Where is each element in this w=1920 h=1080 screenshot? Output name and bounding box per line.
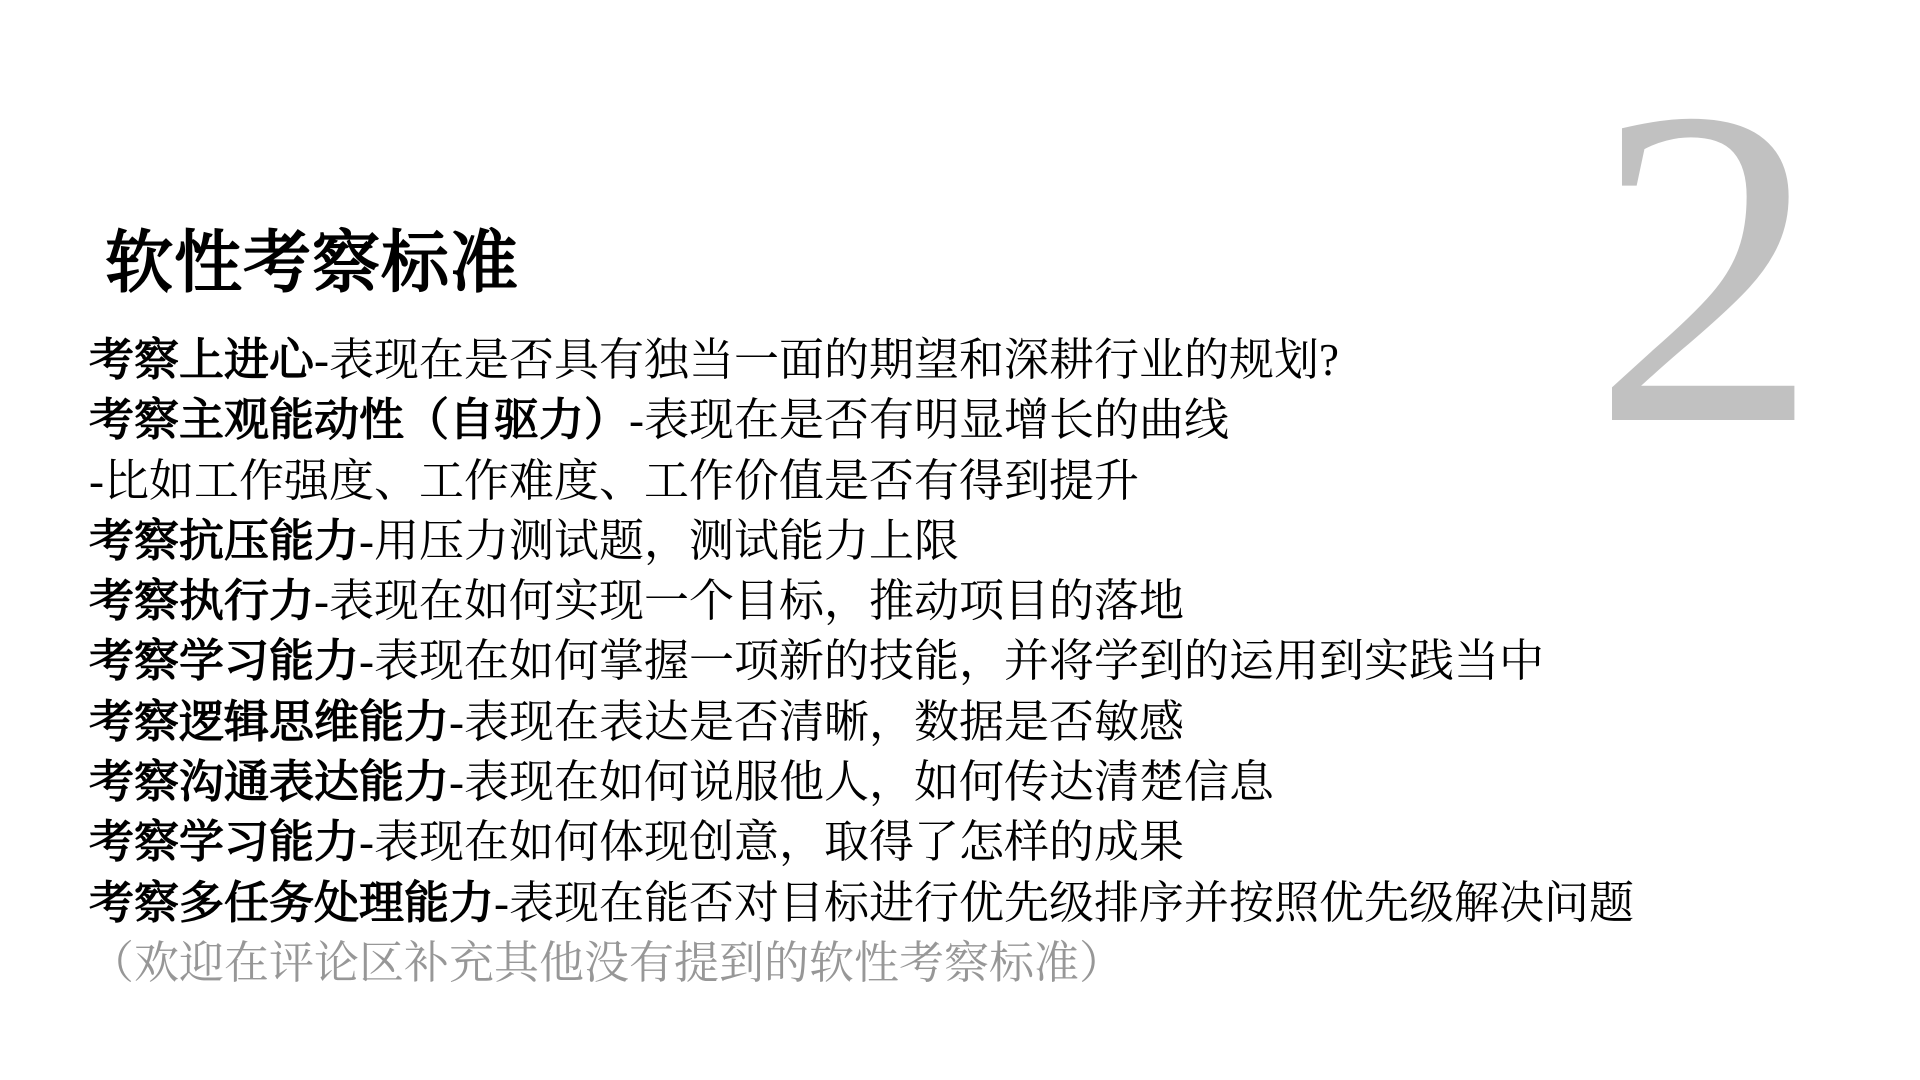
criteria-line-text: -表现在如何说服他人，如何传达清楚信息: [449, 757, 1274, 807]
criteria-line: 考察学习能力-表现在如何体现创意，取得了怎样的成果: [89, 812, 1689, 872]
criteria-line: 考察学习能力-表现在如何掌握一项新的技能，并将学到的运用到实践当中: [89, 631, 1689, 691]
criteria-line-bold: 考察沟通表达能力: [89, 757, 449, 807]
criteria-line: 考察多任务处理能力-表现在能否对目标进行优先级排序并按照优先级解决问题: [89, 873, 1689, 933]
criteria-line-bold: 考察执行力: [89, 576, 314, 626]
criteria-line-text: -表现在是否具有独当一面的期望和深耕行业的规划?: [314, 335, 1339, 385]
criteria-line: 考察主观能动性（自驱力）-表现在是否有明显增长的曲线: [89, 390, 1689, 450]
criteria-line-text: -表现在表达是否清晰，数据是否敏感: [449, 697, 1184, 747]
criteria-line: 考察抗压能力-用压力测试题，测试能力上限: [89, 511, 1689, 571]
criteria-line: -比如工作强度、工作难度、工作价值是否有得到提升: [89, 451, 1689, 511]
note-line-text: （欢迎在评论区补充其他没有提到的软性考察标准）: [89, 938, 1124, 988]
criteria-line-text: -比如工作强度、工作难度、工作价值是否有得到提升: [89, 456, 1139, 506]
criteria-line-bold: 考察上进心: [89, 335, 314, 385]
criteria-line: 考察上进心-表现在是否具有独当一面的期望和深耕行业的规划?: [89, 330, 1689, 390]
criteria-line-bold: 考察逻辑思维能力: [89, 697, 449, 747]
criteria-line: 考察逻辑思维能力-表现在表达是否清晰，数据是否敏感: [89, 692, 1689, 752]
criteria-line: 考察执行力-表现在如何实现一个目标，推动项目的落地: [89, 571, 1689, 631]
note-line: （欢迎在评论区补充其他没有提到的软性考察标准）: [89, 933, 1689, 993]
criteria-line-bold: 考察抗压能力: [89, 516, 359, 566]
criteria-list: 考察上进心-表现在是否具有独当一面的期望和深耕行业的规划? 考察主观能动性（自驱…: [89, 330, 1689, 993]
criteria-line-bold: 考察多任务处理能力: [89, 878, 494, 928]
criteria-line-text: -表现在是否有明显增长的曲线: [629, 395, 1229, 445]
criteria-line-text: -表现在如何实现一个目标，推动项目的落地: [314, 576, 1184, 626]
criteria-line-bold: 考察学习能力: [89, 817, 359, 867]
slide-title: 软性考察标准: [105, 225, 1689, 301]
criteria-line-bold: 考察学习能力: [89, 636, 359, 686]
criteria-line-bold: 考察主观能动性（自驱力）: [89, 395, 629, 445]
slide-content: 软性考察标准 考察上进心-表现在是否具有独当一面的期望和深耕行业的规划? 考察主…: [89, 225, 1689, 993]
criteria-line-text: -表现在能否对目标进行优先级排序并按照优先级解决问题: [494, 878, 1634, 928]
criteria-line-text: -表现在如何掌握一项新的技能，并将学到的运用到实践当中: [359, 636, 1544, 686]
slide: 2 软性考察标准 考察上进心-表现在是否具有独当一面的期望和深耕行业的规划? 考…: [0, 0, 1920, 1080]
criteria-line-text: -用压力测试题，测试能力上限: [359, 516, 959, 566]
criteria-line: 考察沟通表达能力-表现在如何说服他人，如何传达清楚信息: [89, 752, 1689, 812]
criteria-line-text: -表现在如何体现创意，取得了怎样的成果: [359, 817, 1184, 867]
